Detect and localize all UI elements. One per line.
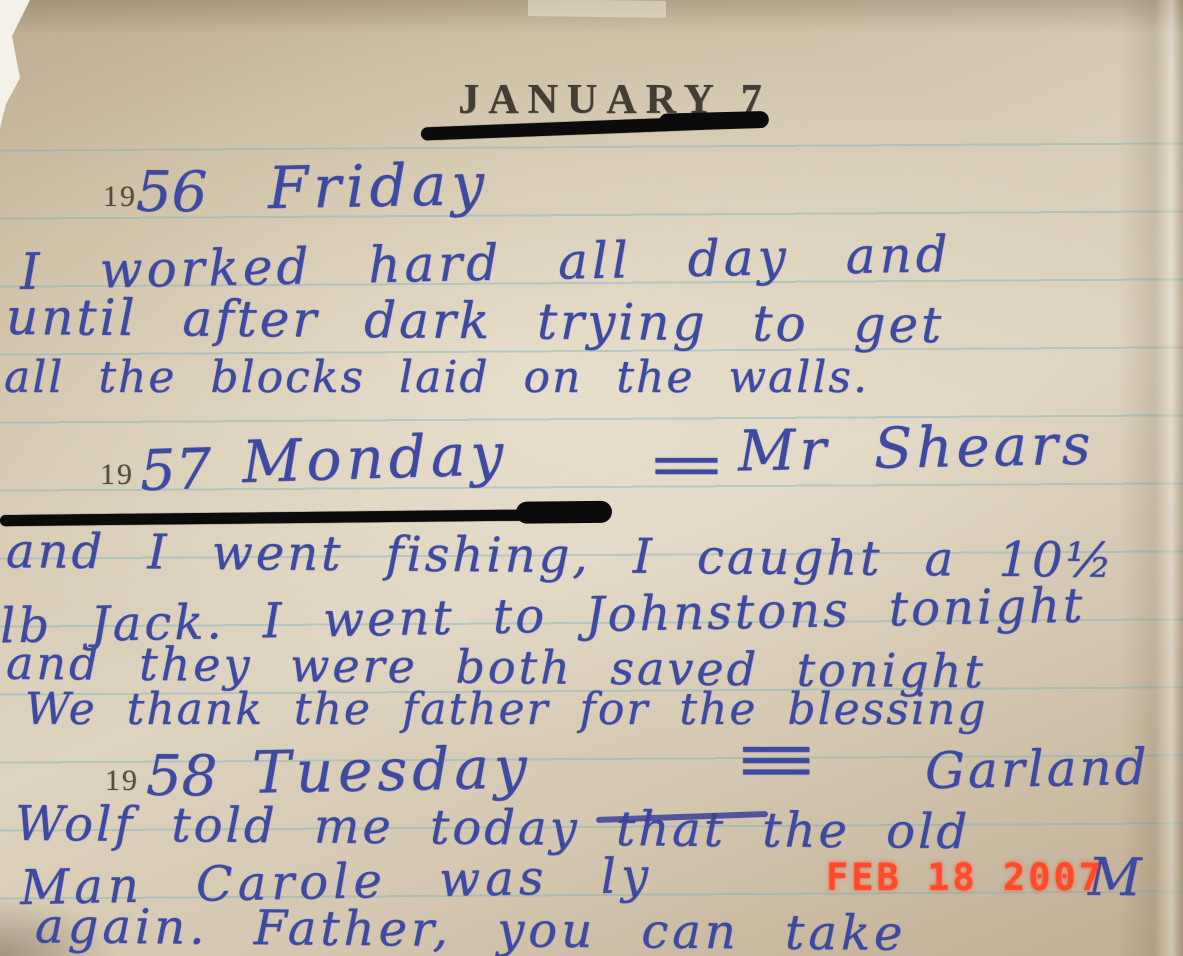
entry-1958-note: Garland	[924, 738, 1150, 800]
entry-1957-equals-mark: =	[645, 430, 728, 498]
entry-1957-line-4: We thank the father for the blessing	[25, 684, 987, 735]
page-right-edge	[1119, 0, 1183, 956]
entry-1956-line-2: until after dark trying to get	[6, 288, 945, 354]
entry-year-1957: 57	[139, 437, 212, 504]
printed-year-prefix-1956: 19	[103, 180, 137, 214]
page-title: JANUARY 7	[0, 76, 1183, 124]
entry-year-1956: 56	[136, 160, 208, 226]
printed-year-prefix-1958: 19	[105, 764, 139, 798]
entry-day-1956: Friday	[267, 150, 489, 222]
diary-page-photo: JANUARY 7 19 56 Friday I worked hard all…	[0, 0, 1183, 956]
entry-1957-note: Mr Shears	[737, 413, 1095, 485]
photo-timestamp: FEB 18 2007	[826, 856, 1104, 899]
entry-1956-line-3: all the blocks laid on the walls.	[4, 352, 869, 403]
entry-1958-triple-mark: ≡	[732, 722, 820, 795]
printed-year-prefix-1957: 19	[100, 458, 134, 492]
entry-1958-line-3: again. Father, you can take	[35, 898, 907, 956]
entry-day-1958: Tuesday	[251, 733, 532, 806]
tape-mark	[528, 0, 666, 18]
entry-day-1957: Monday	[241, 420, 509, 496]
entry-1957-line-1: and I went fishing, I caught a 10½	[6, 523, 1116, 589]
